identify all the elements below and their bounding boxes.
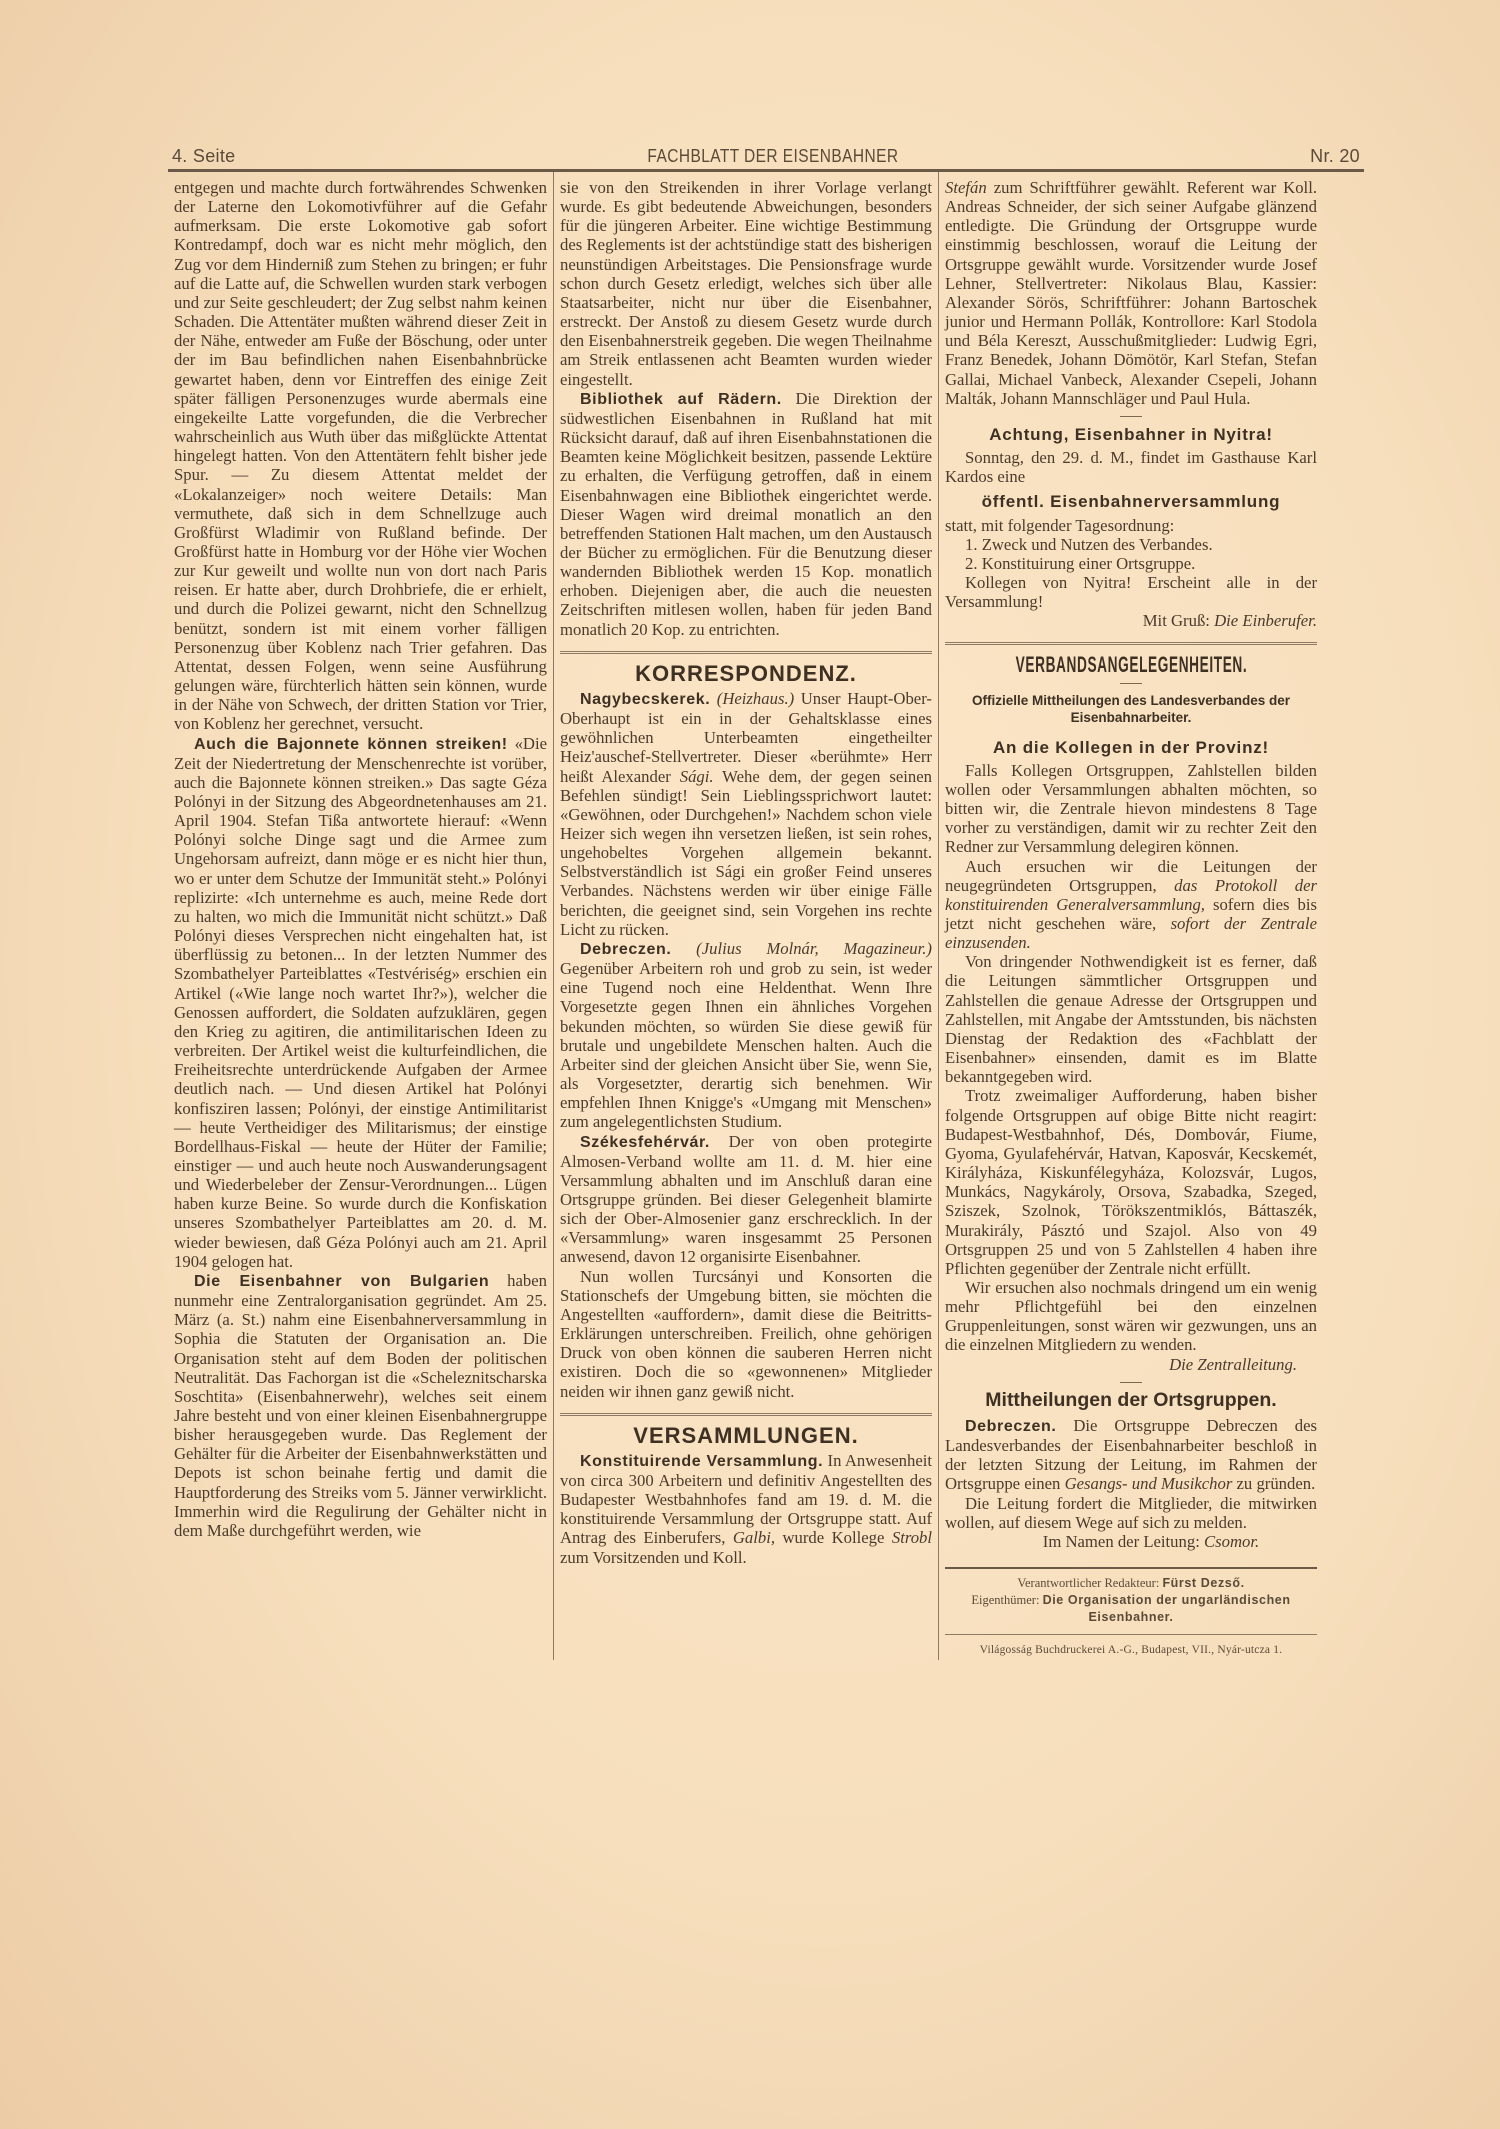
section-heading-versammlungen: VERSAMMLUNGEN. [560, 1426, 932, 1445]
letter-note: (Heizhaus.) [717, 689, 794, 708]
signature-name: Csomor. [1204, 1532, 1259, 1551]
imprint: Verantwortlicher Redakteur: Fürst Dezső.… [945, 1575, 1317, 1626]
running-header: 4. Seite FACHBLATT DER EISENBAHNER Nr. 2… [168, 146, 1364, 169]
meeting-title: Konstituirende Versammlung. [580, 1453, 823, 1470]
columns: entgegen und machte durch fortwährendes … [168, 172, 1364, 1660]
province-text: Wir ersuchen also nochmals dringend um e… [945, 1278, 1317, 1355]
article-body: haben nunmehr eine Zentralorganisation g… [174, 1271, 547, 1540]
letter-body: Gegenüber Arbeitern roh und grob zu sein… [560, 959, 932, 1131]
owner-name: Die Organisation der ungarländischen Eis… [1043, 1593, 1291, 1624]
province-signature: Die Zentralleitung. [945, 1355, 1317, 1374]
local-group-report: Die Leitung fordert die Mitglieder, die … [945, 1494, 1317, 1532]
letter-place: Debreczen. [580, 941, 671, 958]
signature-name: Die Einberufer. [1214, 611, 1317, 630]
letter-debreczen: Debreczen. (Julius Molnár, Magazineur.) … [560, 939, 932, 1132]
letter-name: Sági. [680, 767, 714, 786]
printer-rule [945, 1634, 1317, 1635]
notice-title: Achtung, Eisenbahner in Nyitra! [945, 425, 1317, 444]
meeting-body: zum Vorsitzenden und Koll. [560, 1548, 747, 1567]
meeting-report: Konstituirende Versammlung. In Anwesenhe… [560, 1451, 932, 1567]
agenda-item: 2. Konstituirung einer Ortsgruppe. [965, 554, 1317, 573]
signature-prefix: Mit Gruß: [1143, 611, 1210, 630]
article-title: Die Eisenbahner von Bulgarien [194, 1273, 489, 1290]
article-body: Die Direktion der südwestlichen Eisenbah… [560, 389, 932, 639]
article-title: Bibliothek auf Rädern. [580, 391, 782, 408]
person-name: Galbi, [733, 1528, 775, 1547]
local-group-place: Debreczen. [965, 1418, 1056, 1435]
meeting-body: zum Schriftführer gewählt. Referent war … [945, 178, 1317, 408]
column-1: entgegen und machte durch fortwährendes … [168, 172, 553, 1660]
notice-event: öffentl. Eisenbahnerversammlung [945, 492, 1317, 511]
section-divider [945, 642, 1317, 645]
notice-text: Kollegen von Nyitra! Erscheint alle in d… [945, 573, 1317, 611]
article-bulgarien: Die Eisenbahner von Bulgarien haben nunm… [174, 1271, 547, 1540]
local-groups-heading: Mittheilungen der Ortsgruppen. [945, 1391, 1317, 1410]
section-divider [560, 651, 932, 654]
meeting-report-continuation: Stefán zum Schriftführer gewählt. Refere… [945, 178, 1317, 408]
emphasis: Gesangs- und Musikchor [1065, 1474, 1233, 1493]
imprint-rule [945, 1567, 1317, 1569]
publication-title: FACHBLATT DER EISENBAHNER [647, 146, 898, 167]
signature-prefix: Im Namen der Leitung: [1043, 1532, 1200, 1551]
column-2: sie von den Streikenden in ihrer Vorlage… [553, 172, 938, 1660]
letter-note: (Julius Molnár, Magazineur.) [696, 939, 932, 958]
local-group-report: Debreczen. Die Ortsgruppe Debreczen des … [945, 1416, 1317, 1494]
short-divider [1120, 683, 1142, 684]
province-text: Falls Kollegen Ortsgruppen, Zahlstellen … [945, 761, 1317, 857]
editor-name: Fürst Dezső. [1162, 1576, 1244, 1590]
newspaper-page: 4. Seite FACHBLATT DER EISENBAHNER Nr. 2… [168, 146, 1364, 1660]
notice-signature: Mit Gruß: Die Einberufer. [945, 611, 1317, 630]
article-title: Auch die Bajonnete können streiken! [194, 736, 508, 753]
province-text: Trotz zweimaliger Aufforderung, haben bi… [945, 1086, 1317, 1278]
person-name: Stefán [945, 178, 987, 197]
column-3: Stefán zum Schriftführer gewählt. Refere… [938, 172, 1323, 1660]
letter-place: Nagybecskerek. [580, 691, 710, 708]
short-divider [1120, 416, 1142, 417]
short-divider [1120, 1382, 1142, 1383]
letter-body: Der von oben protegirte Almosen-Verband … [560, 1132, 932, 1267]
agenda-item: 1. Zweck und Nutzen des Verbandes. [965, 535, 1317, 554]
article-body: «Die Zeit der Niedertretung der Menschen… [174, 734, 547, 1271]
official-subheading: Offizielle Mittheilungen des Landesverba… [945, 692, 1317, 726]
article-continuation: sie von den Streikenden in ihrer Vorlage… [560, 178, 932, 389]
issue-number: Nr. 20 [1310, 146, 1360, 167]
editor-label: Verantwortlicher Redakteur: [1017, 1576, 1159, 1590]
editor-line: Verantwortlicher Redakteur: Fürst Dezső. [945, 1575, 1317, 1592]
article-continuation: entgegen und machte durch fortwährendes … [174, 178, 547, 734]
letter-szekesfehervar-cont: Nun wollen Turcsányi und Konsorten die S… [560, 1267, 932, 1401]
province-text: Von dringender Nothwendigkeit ist es fer… [945, 952, 1317, 1086]
section-divider [560, 1413, 932, 1416]
notice-text: statt, mit folgender Tagesordnung: [945, 516, 1317, 535]
notice-text: Sonntag, den 29. d. M., findet im Gastha… [945, 448, 1317, 486]
text: zu gründen. [1237, 1474, 1316, 1493]
section-heading-korrespondenz: KORRESPONDENZ. [560, 664, 932, 683]
letter-place: Székesfehérvár. [580, 1134, 710, 1151]
owner-line: Eigenthümer: Die Organisation der ungarl… [945, 1592, 1317, 1626]
meeting-body: wurde Kollege [782, 1528, 884, 1547]
section-heading-verbandsangelegenheiten: VERBANDSANGELEGENHEITEN. [1016, 655, 1247, 674]
letter-nagybecskerek: Nagybecskerek. (Heizhaus.) Unser Haupt-O… [560, 689, 932, 939]
article-bajonnete: Auch die Bajonnete können streiken! «Die… [174, 734, 547, 1271]
province-title: An die Kollegen in der Provinz! [945, 738, 1317, 757]
letter-body: Wehe dem, der gegen seinen Befehlen sünd… [560, 767, 932, 939]
article-bibliothek: Bibliothek auf Rädern. Die Direktion der… [560, 389, 932, 639]
page-number: 4. Seite [172, 146, 235, 167]
owner-label: Eigenthümer: [971, 1593, 1039, 1607]
local-group-signature: Im Namen der Leitung: Csomor. [945, 1532, 1317, 1551]
province-text: Auch ersuchen wir die Leitungen der neug… [945, 857, 1317, 953]
printer-line: Világosság Buchdruckerei A.-G., Budapest… [945, 1641, 1317, 1660]
person-name: Strobl [892, 1528, 932, 1547]
agenda-list: 1. Zweck und Nutzen des Verbandes. 2. Ko… [945, 535, 1317, 573]
letter-szekesfehervar: Székesfehérvár. Der von oben protegirte … [560, 1132, 932, 1267]
